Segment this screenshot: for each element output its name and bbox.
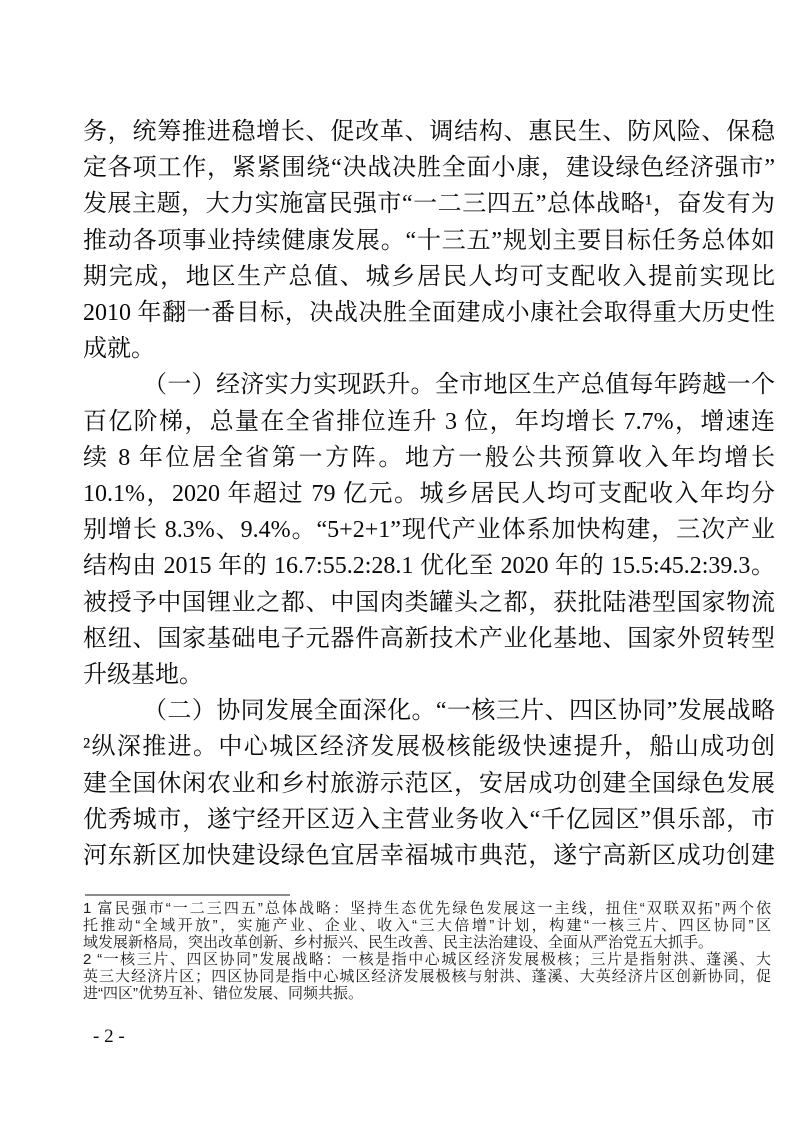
body-line: 续 8 年位居全省第一方阵。地方一般公共预算收入年均增长 [83,440,775,476]
footnote-line: 2 “一核三片、四区协同”发展战略：一核是指中心城区经济发展极核；三片是指射洪、… [83,952,771,969]
footnote-line: 英三大经济片区；四区协同是指中心城区经济发展极核与射洪、蓬溪、大英经济片区创新协… [83,969,771,986]
footnotes: 1 富民强市“一二三四五”总体战略：坚持生态优先绿色发展这一主线，扭住“双联双拓… [83,901,771,1002]
document-page: 务，统筹推进稳增长、促改革、调结构、惠民生、防风险、保稳定各项工作，紧紧围绕“决… [0,0,793,1122]
body-line: 2010 年翻一番目标，决战决胜全面建成小康社会取得重大历史性 [83,295,775,331]
footnote-line: 进“四区”优势互补、错位发展、同频共振。 [83,986,771,1003]
body-line: ²纵深推进。中心城区经济发展极核能级快速提升，船山成功创 [83,729,775,765]
body-line: 推动各项事业持续健康发展。“十三五”规划主要目标任务总体如 [83,223,775,259]
body-line: 被授予中国锂业之都、中国肉类罐头之都，获批陆港型国家物流 [83,585,775,621]
footnote-line: 域发展新格局，突出改革创新、乡村振兴、民生改善、民主法治建设、全面从严治党五大抓… [83,935,771,952]
footnote-separator [85,894,290,896]
body-line: 河东新区加快建设绿色宜居幸福城市典范，遂宁高新区成功创建 [83,838,775,874]
footnote-line: 1 富民强市“一二三四五”总体战略：坚持生态优先绿色发展这一主线，扭住“双联双拓… [83,901,771,918]
body-line: （一）经济实力实现跃升。全市地区生产总值每年跨越一个 [83,367,775,403]
body-line: 优秀城市，遂宁经开区迈入主营业务收入“千亿园区”俱乐部，市 [83,802,775,838]
body-line: 成就。 [83,331,775,367]
footnote-line: 托推动“全域开放”，实施产业、企业、收入“三大倍增”计划，构建“一核三片、四区协… [83,918,771,935]
body-line: 建全国休闲农业和乡村旅游示范区，安居成功创建全国绿色发展 [83,766,775,802]
body-line: 10.1%，2020 年超过 79 亿元。城乡居民人均可支配收入年均分 [83,476,775,512]
body-line: 别增长 8.3%、9.4%。“5+2+1”现代产业体系加快构建，三次产业 [83,512,775,548]
body-text: 务，统筹推进稳增长、促改革、调结构、惠民生、防风险、保稳定各项工作，紧紧围绕“决… [83,114,775,874]
body-line: 结构由 2015 年的 16.7:55.2:28.1 优化至 2020 年的 1… [83,548,775,584]
body-line: 升级基地。 [83,657,775,693]
body-line: 百亿阶梯，总量在全省排位连升 3 位，年均增长 7.7%，增速连 [83,404,775,440]
page-number: - 2 - [93,1026,125,1048]
body-line: （二）协同发展全面深化。“一核三片、四区协同”发展战略 [83,693,775,729]
body-line: 枢纽、国家基础电子元器件高新技术产业化基地、国家外贸转型 [83,621,775,657]
body-line: 期完成，地区生产总值、城乡居民人均可支配收入提前实现比 [83,259,775,295]
body-line: 定各项工作，紧紧围绕“决战决胜全面小康，建设绿色经济强市” [83,150,775,186]
body-line: 务，统筹推进稳增长、促改革、调结构、惠民生、防风险、保稳 [83,114,775,150]
body-line: 发展主题，大力实施富民强市“一二三四五”总体战略¹，奋发有为 [83,186,775,222]
